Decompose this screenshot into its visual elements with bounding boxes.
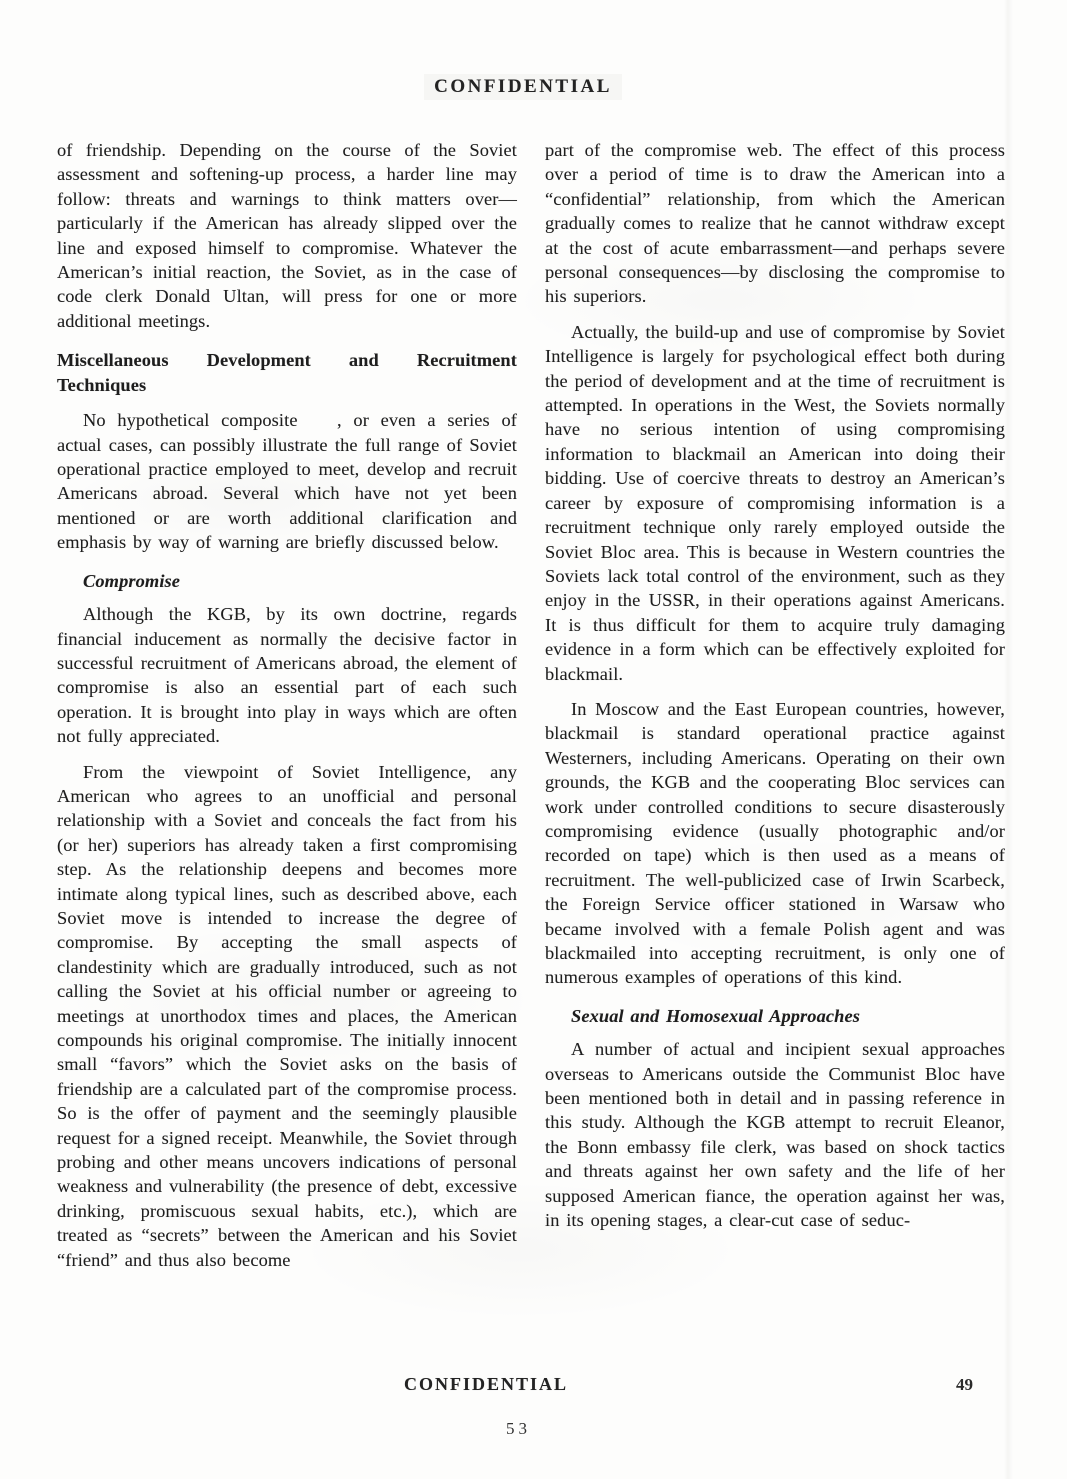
header-classification-label: CONFIDENTIAL [424,74,622,100]
sheet-number: 53 [506,1419,531,1439]
paragraph-actually-buildup: Actually, the build-up and use of compro… [545,320,1005,686]
paragraph-no-hypothetical: No hypothetical composite , or even a se… [57,408,517,554]
footer-page-number: 49 [956,1375,973,1395]
subheading-sexual-approaches: Sexual and Homosexual Approaches [571,1004,1005,1028]
right-column: part of the compromise web. The effect o… [545,138,1005,1283]
paragraph-friendship-continuation: of friendship. Depending on the course o… [57,138,517,333]
paragraph-from-viewpoint: From the viewpoint of Soviet Intelligenc… [57,760,517,1273]
paragraph-number-of-approaches: A number of actual and incipient sexual … [545,1037,1005,1232]
document-page: CONFIDENTIAL of friendship. Depending on… [0,0,1067,1479]
paragraph-in-moscow: In Moscow and the East European countrie… [545,697,1005,990]
subheading-compromise: Compromise [83,569,517,593]
page-header: CONFIDENTIAL [0,74,1046,100]
text-columns: of friendship. Depending on the course o… [57,138,1005,1283]
left-column: of friendship. Depending on the course o… [57,138,517,1283]
paragraph-although-kgb: Although the KGB, by its own doctrine, r… [57,602,517,748]
section-heading-misc-development: Miscellaneous Development and Recruitmen… [57,348,517,398]
footer-classification-label: CONFIDENTIAL [404,1374,568,1395]
paragraph-compromise-web-continuation: part of the compromise web. The effect o… [545,138,1005,309]
